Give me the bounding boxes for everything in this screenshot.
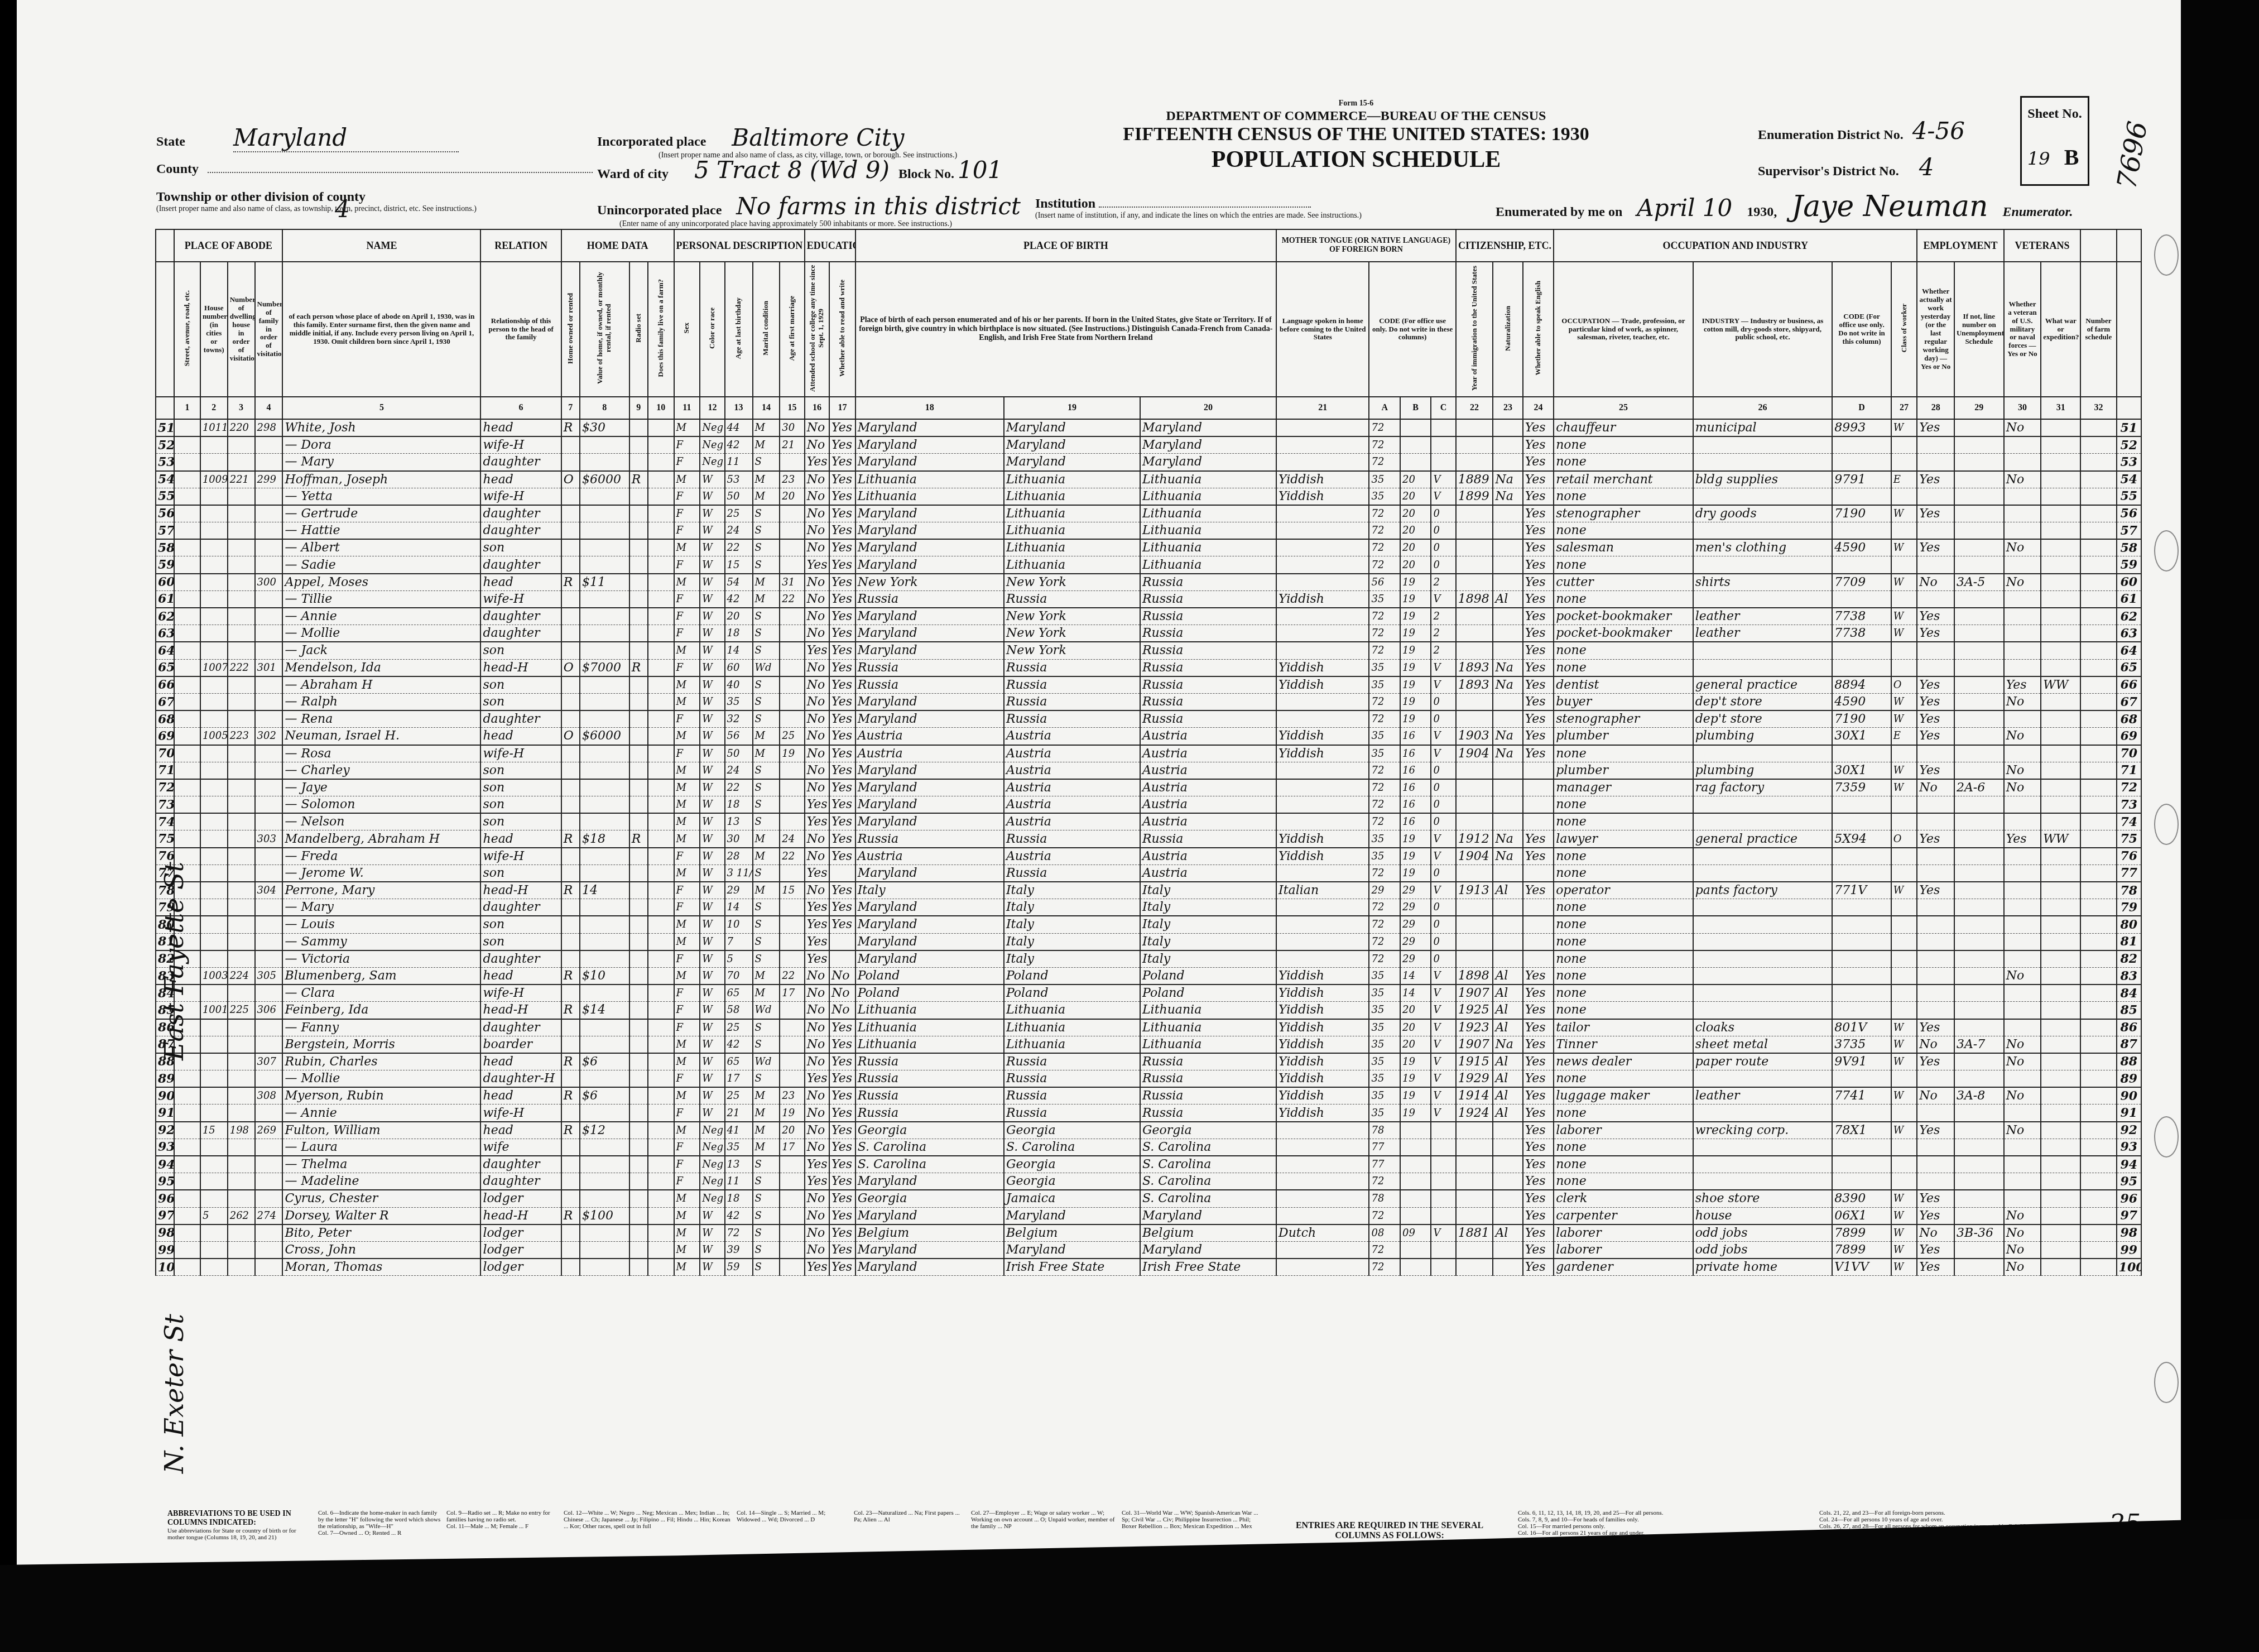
- cell-relation: son: [480, 779, 561, 796]
- cell-owned: [561, 436, 580, 454]
- cell-farm: [648, 830, 674, 848]
- punch-hole: [2154, 1362, 2179, 1403]
- cell-codeA: 72: [1369, 950, 1400, 968]
- cell-school: No: [805, 419, 829, 436]
- cell-natur: [1493, 813, 1522, 830]
- cell-occupation: none: [1554, 745, 1693, 762]
- cell-relation: head: [480, 471, 561, 488]
- cell-occupation: none: [1554, 1173, 1693, 1190]
- cell-dwelling: [228, 830, 255, 848]
- cell-read: Yes: [829, 1036, 855, 1053]
- cell-occupation: none: [1554, 985, 1693, 1002]
- cell-radio: [629, 522, 648, 540]
- cell-relation: daughter: [480, 899, 561, 916]
- cell-veteran: [2004, 1002, 2041, 1019]
- cell-farm: [648, 590, 674, 608]
- cell-english: [1523, 813, 1554, 830]
- cell-marital: S: [753, 916, 780, 933]
- cell-bp-mother: Austria: [1140, 796, 1276, 814]
- cell-sex: F: [674, 625, 700, 642]
- cell-owned: [561, 1241, 580, 1259]
- cell-sex: M: [674, 933, 700, 950]
- cell-house: 1011: [200, 419, 228, 436]
- cell-bp-father: Russia: [1004, 1070, 1140, 1088]
- cell-owned: O: [561, 471, 580, 488]
- cell-owned: [561, 454, 580, 471]
- form-number: Form 15-6: [1105, 99, 1607, 108]
- cell-age-marr: [780, 659, 804, 676]
- cell-language: [1276, 1190, 1369, 1207]
- cell-value: [580, 625, 629, 642]
- cell-veteran: No: [2004, 471, 2041, 488]
- cell-english: Yes: [1523, 471, 1554, 488]
- cell-age: 14: [725, 899, 753, 916]
- cell-at-work: [1917, 659, 1954, 676]
- cell-immig: [1456, 950, 1493, 968]
- cell-codeC: V: [1431, 676, 1455, 694]
- cell-natur: [1493, 625, 1522, 642]
- line-number: 100: [2117, 1259, 2141, 1276]
- cell-street: [174, 471, 200, 488]
- cell-family: [255, 813, 283, 830]
- cell-codeC: 0: [1431, 865, 1455, 882]
- cell-radio: [629, 1241, 648, 1259]
- cell-codeD: [1832, 916, 1891, 933]
- cell-immig: 1898: [1456, 967, 1493, 985]
- cell-age-marr: [780, 676, 804, 694]
- street-note-exeter: N. Exeter St: [159, 1314, 189, 1473]
- cell-codeA: 35: [1369, 1019, 1400, 1036]
- cell-relation: head: [480, 1087, 561, 1104]
- cell-owned: [561, 916, 580, 933]
- line-number: 89: [2117, 1070, 2141, 1088]
- cell-farm: [648, 1156, 674, 1173]
- cell-house: 1003: [200, 967, 228, 985]
- cell-codeA: 35: [1369, 1053, 1400, 1070]
- cell-codeC: 2: [1431, 625, 1455, 642]
- cell-english: Yes: [1523, 1156, 1554, 1173]
- cell-name: — Ralph: [282, 693, 480, 710]
- cell-codeB: [1400, 1173, 1431, 1190]
- cell-codeD: [1832, 1156, 1891, 1173]
- cell-at-work: [1917, 813, 1954, 830]
- cell-age-marr: [780, 625, 804, 642]
- township-value: 4: [335, 195, 350, 223]
- cell-codeC: [1431, 436, 1455, 454]
- table-row: 100Moran, ThomaslodgerMW59SYesYesMarylan…: [156, 1259, 2141, 1276]
- cell-bp-mother: Italy: [1140, 882, 1276, 899]
- cell-codeD: [1832, 865, 1891, 882]
- cell-name: — Mollie: [282, 625, 480, 642]
- cell-occupation: none: [1554, 865, 1693, 882]
- cell-occupation: clerk: [1554, 1190, 1693, 1207]
- line-number: 54: [2117, 471, 2141, 488]
- cell-immig: [1456, 1207, 1493, 1224]
- line-number: 65: [156, 659, 174, 676]
- cell-radio: [629, 676, 648, 694]
- cell-codeA: 35: [1369, 1036, 1400, 1053]
- cell-veteran: [2004, 642, 2041, 659]
- punch-hole: [2154, 1116, 2179, 1158]
- cell-at-work: [1917, 848, 1954, 865]
- cell-farm-sched: [2080, 865, 2116, 882]
- cell-marital: S: [753, 556, 780, 574]
- cell-family: [255, 1173, 283, 1190]
- cell-natur: Na: [1493, 830, 1522, 848]
- group-place-of-birth: PLACE OF BIRTH: [855, 229, 1276, 262]
- cell-codeA: 35: [1369, 1002, 1400, 1019]
- cell-marital: S: [753, 865, 780, 882]
- cell-immig: 1907: [1456, 985, 1493, 1002]
- cell-at-work: [1917, 522, 1954, 540]
- cell-immig: 1889: [1456, 471, 1493, 488]
- cell-read: Yes: [829, 1104, 855, 1122]
- cell-at-work: [1917, 556, 1954, 574]
- cell-marital: M: [753, 728, 780, 745]
- cell-bp-person: Maryland: [855, 899, 1004, 916]
- cell-occupation: tailor: [1554, 1019, 1693, 1036]
- cell-name: Perrone, Mary: [282, 882, 480, 899]
- cell-house: [200, 865, 228, 882]
- cell-name: — Charley: [282, 762, 480, 779]
- cell-farm-sched: [2080, 899, 2116, 916]
- cell-veteran: [2004, 710, 2041, 728]
- cell-at-work: Yes: [1917, 1122, 1954, 1139]
- cell-natur: Al: [1493, 985, 1522, 1002]
- cell-class: W: [1891, 539, 1917, 556]
- cell-farm-sched: [2080, 693, 2116, 710]
- cell-read: Yes: [829, 556, 855, 574]
- cell-bp-person: S. Carolina: [855, 1139, 1004, 1156]
- cell-immig: 1881: [1456, 1224, 1493, 1242]
- cell-bp-mother: S. Carolina: [1140, 1139, 1276, 1156]
- cell-house: [200, 848, 228, 865]
- column-number: 20: [1140, 397, 1276, 419]
- column-number: 23: [1493, 397, 1522, 419]
- cell-unemp: [1954, 830, 2004, 848]
- cell-occupation: salesman: [1554, 539, 1693, 556]
- table-row: 511011220298White, JoshheadR$30MNeg44M30…: [156, 419, 2141, 436]
- cell-race: W: [700, 762, 724, 779]
- cell-immig: 1904: [1456, 848, 1493, 865]
- cell-age: 17: [725, 1070, 753, 1088]
- table-row: 62— AnniedaughterFW20SNoYesMarylandNew Y…: [156, 608, 2141, 625]
- cell-natur: Na: [1493, 488, 1522, 505]
- cell-radio: [629, 916, 648, 933]
- cell-english: Yes: [1523, 1122, 1554, 1139]
- cell-marital: S: [753, 1156, 780, 1173]
- cell-bp-father: New York: [1004, 608, 1140, 625]
- cell-radio: [629, 539, 648, 556]
- cell-veteran: [2004, 950, 2041, 968]
- cell-natur: [1493, 1173, 1522, 1190]
- state-value: Maryland: [233, 124, 459, 152]
- cell-at-work: [1917, 950, 1954, 968]
- cell-owned: [561, 848, 580, 865]
- cell-class: [1891, 1156, 1917, 1173]
- cell-name: Blumenberg, Sam: [282, 967, 480, 985]
- cell-war: [2041, 728, 2080, 745]
- cell-race: W: [700, 710, 724, 728]
- cell-value: $6000: [580, 471, 629, 488]
- cell-owned: R: [561, 1122, 580, 1139]
- line-number: 67: [2117, 693, 2141, 710]
- cell-codeA: 72: [1369, 436, 1400, 454]
- line-number: 74: [156, 813, 174, 830]
- cell-war: [2041, 933, 2080, 950]
- cell-radio: [629, 505, 648, 522]
- cell-industry: shirts: [1693, 574, 1833, 591]
- cell-sex: M: [674, 1190, 700, 1207]
- cell-house: [200, 882, 228, 899]
- cell-codeC: V: [1431, 659, 1455, 676]
- cell-occupation: none: [1554, 813, 1693, 830]
- cell-radio: [629, 608, 648, 625]
- cell-codeA: 35: [1369, 590, 1400, 608]
- cell-value: $11: [580, 574, 629, 591]
- cell-farm-sched: [2080, 590, 2116, 608]
- cell-occupation: news dealer: [1554, 1053, 1693, 1070]
- cell-relation: wife-H: [480, 590, 561, 608]
- cell-name: — Rena: [282, 710, 480, 728]
- cell-immig: [1456, 899, 1493, 916]
- cell-bp-person: Poland: [855, 967, 1004, 985]
- cell-immig: 1898: [1456, 590, 1493, 608]
- col-dwelling-number: Number of dwelling house in order of vis…: [228, 262, 255, 397]
- cell-house: [200, 693, 228, 710]
- cell-age: 39: [725, 1241, 753, 1259]
- cell-family: [255, 762, 283, 779]
- line-number: 99: [2117, 1241, 2141, 1259]
- cell-english: Yes: [1523, 505, 1554, 522]
- col-age-first-marriage: Age at first marriage: [780, 262, 804, 397]
- cell-bp-person: Maryland: [855, 779, 1004, 796]
- cell-codeA: 35: [1369, 471, 1400, 488]
- cell-radio: R: [629, 830, 648, 848]
- cell-school: No: [805, 574, 829, 591]
- cell-sex: F: [674, 985, 700, 1002]
- cell-school: No: [805, 1207, 829, 1224]
- cell-bp-person: Russia: [855, 1104, 1004, 1122]
- cell-language: Yiddish: [1276, 488, 1369, 505]
- cell-age: 11: [725, 454, 753, 471]
- cell-farm: [648, 1053, 674, 1070]
- col-house-number: House number (in cities or towns): [200, 262, 228, 397]
- cell-read: Yes: [829, 1224, 855, 1242]
- cell-name: — Jack: [282, 642, 480, 659]
- cell-at-work: Yes: [1917, 762, 1954, 779]
- unincorporated-value: No farms in this district: [736, 193, 1021, 220]
- cell-english: Yes: [1523, 1139, 1554, 1156]
- cell-age: 11: [725, 1173, 753, 1190]
- cell-war: [2041, 1053, 2080, 1070]
- cell-school: No: [805, 1036, 829, 1053]
- cell-english: Yes: [1523, 1019, 1554, 1036]
- cell-race: W: [700, 676, 724, 694]
- cell-natur: [1493, 522, 1522, 540]
- cell-house: [200, 762, 228, 779]
- punch-hole: [2154, 530, 2179, 572]
- table-row: 58— AlbertsonMW22SNoYesMarylandLithuania…: [156, 539, 2141, 556]
- cell-family: [255, 454, 283, 471]
- cell-radio: [629, 1002, 648, 1019]
- line-number: 93: [156, 1139, 174, 1156]
- cell-owned: [561, 796, 580, 814]
- cell-occupation: none: [1554, 916, 1693, 933]
- line-number: 51: [2117, 419, 2141, 436]
- cell-industry: [1693, 642, 1833, 659]
- line-number: 57: [2117, 522, 2141, 540]
- cell-marital: M: [753, 745, 780, 762]
- cell-farm-sched: [2080, 608, 2116, 625]
- line-number: 82: [2117, 950, 2141, 968]
- cell-bp-mother: Irish Free State: [1140, 1259, 1276, 1276]
- cell-street: [174, 1139, 200, 1156]
- cell-marital: S: [753, 899, 780, 916]
- cell-family: [255, 1036, 283, 1053]
- cell-codeA: 72: [1369, 865, 1400, 882]
- cell-house: [200, 488, 228, 505]
- cell-sex: F: [674, 882, 700, 899]
- cell-name: Fulton, William: [282, 1122, 480, 1139]
- cell-at-work: [1917, 1070, 1954, 1088]
- cell-street: [174, 522, 200, 540]
- punch-hole: [2154, 804, 2179, 845]
- cell-codeA: 35: [1369, 830, 1400, 848]
- cell-radio: [629, 625, 648, 642]
- cell-immig: [1456, 779, 1493, 796]
- cell-natur: [1493, 1156, 1522, 1173]
- punch-hole: [2154, 234, 2179, 276]
- cell-sex: M: [674, 1087, 700, 1104]
- cell-codeB: 16: [1400, 745, 1431, 762]
- cell-natur: Al: [1493, 1104, 1522, 1122]
- cell-marital: S: [753, 454, 780, 471]
- cell-house: [200, 539, 228, 556]
- cell-owned: [561, 505, 580, 522]
- cell-marital: M: [753, 1122, 780, 1139]
- cell-codeB: 29: [1400, 882, 1431, 899]
- cell-codeC: 0: [1431, 779, 1455, 796]
- cell-owned: R: [561, 1053, 580, 1070]
- cell-age: 25: [725, 1019, 753, 1036]
- table-row: 88307Rubin, CharlesheadR$6MW65WdNoYesRus…: [156, 1053, 2141, 1070]
- block-value: 101: [958, 156, 1002, 184]
- cell-language: [1276, 1173, 1369, 1190]
- cell-veteran: Yes: [2004, 830, 2041, 848]
- cell-codeB: 19: [1400, 710, 1431, 728]
- cell-codeC: V: [1431, 967, 1455, 985]
- cell-street: [174, 1156, 200, 1173]
- cell-race: W: [700, 556, 724, 574]
- cell-occupation: none: [1554, 556, 1693, 574]
- cell-age-marr: [780, 1190, 804, 1207]
- cell-family: [255, 865, 283, 882]
- cell-farm: [648, 659, 674, 676]
- line-number: 58: [156, 539, 174, 556]
- cell-radio: [629, 1104, 648, 1122]
- cell-relation: wife-H: [480, 488, 561, 505]
- cell-read: Yes: [829, 899, 855, 916]
- cell-farm: [648, 950, 674, 968]
- cell-radio: [629, 1087, 648, 1104]
- cell-marital: S: [753, 539, 780, 556]
- cell-class: W: [1891, 1122, 1917, 1139]
- cell-english: [1523, 899, 1554, 916]
- line-number: 52: [156, 436, 174, 454]
- cell-race: W: [700, 625, 724, 642]
- cell-school: No: [805, 625, 829, 642]
- cell-house: [200, 813, 228, 830]
- cell-sex: M: [674, 779, 700, 796]
- cell-dwelling: [228, 1070, 255, 1088]
- cell-owned: [561, 710, 580, 728]
- cell-value: $6: [580, 1053, 629, 1070]
- cell-codeB: 29: [1400, 933, 1431, 950]
- cell-house: [200, 1019, 228, 1036]
- cell-bp-father: Lithuania: [1004, 539, 1140, 556]
- institution-value: [1099, 206, 1311, 208]
- cell-at-work: Yes: [1917, 693, 1954, 710]
- cell-school: Yes: [805, 950, 829, 968]
- col-age: Age at last birthday: [725, 262, 753, 397]
- cell-name: — Annie: [282, 608, 480, 625]
- cell-marital: S: [753, 1207, 780, 1224]
- cell-class: W: [1891, 1053, 1917, 1070]
- cell-immig: [1456, 1173, 1493, 1190]
- cell-owned: R: [561, 882, 580, 899]
- cell-street: [174, 1087, 200, 1104]
- cell-value: [580, 1036, 629, 1053]
- cell-industry: [1693, 488, 1833, 505]
- cell-bp-person: Austria: [855, 848, 1004, 865]
- cell-street: [174, 1122, 200, 1139]
- cell-codeC: 2: [1431, 608, 1455, 625]
- cell-class: [1891, 813, 1917, 830]
- cell-industry: [1693, 522, 1833, 540]
- cell-veteran: No: [2004, 1241, 2041, 1259]
- cell-house: 5: [200, 1207, 228, 1224]
- cell-marital: S: [753, 1070, 780, 1088]
- cell-read: Yes: [829, 488, 855, 505]
- cell-codeA: 72: [1369, 1207, 1400, 1224]
- cell-immig: [1456, 813, 1493, 830]
- cell-language: Yiddish: [1276, 590, 1369, 608]
- table-row: 81— SammysonMW7SYesMarylandItalyItaly722…: [156, 933, 2141, 950]
- cell-codeB: [1400, 1241, 1431, 1259]
- cell-immig: 1893: [1456, 676, 1493, 694]
- cell-occupation: dentist: [1554, 676, 1693, 694]
- cell-natur: [1493, 865, 1522, 882]
- cell-english: Yes: [1523, 830, 1554, 848]
- table-row: 86— FannydaughterFW25SNoYesLithuaniaLith…: [156, 1019, 2141, 1036]
- cell-age: 18: [725, 796, 753, 814]
- cell-read: Yes: [829, 676, 855, 694]
- cell-natur: [1493, 1207, 1522, 1224]
- cell-codeD: 4590: [1832, 693, 1891, 710]
- column-number: 10: [648, 397, 674, 419]
- cell-family: [255, 1019, 283, 1036]
- cell-read: Yes: [829, 1139, 855, 1156]
- cell-codeC: V: [1431, 471, 1455, 488]
- cell-farm-sched: [2080, 642, 2116, 659]
- cell-read: Yes: [829, 1070, 855, 1088]
- cell-english: [1523, 762, 1554, 779]
- cell-war: [2041, 1224, 2080, 1242]
- cell-english: Yes: [1523, 659, 1554, 676]
- cell-house: 1001: [200, 1002, 228, 1019]
- cell-family: [255, 779, 283, 796]
